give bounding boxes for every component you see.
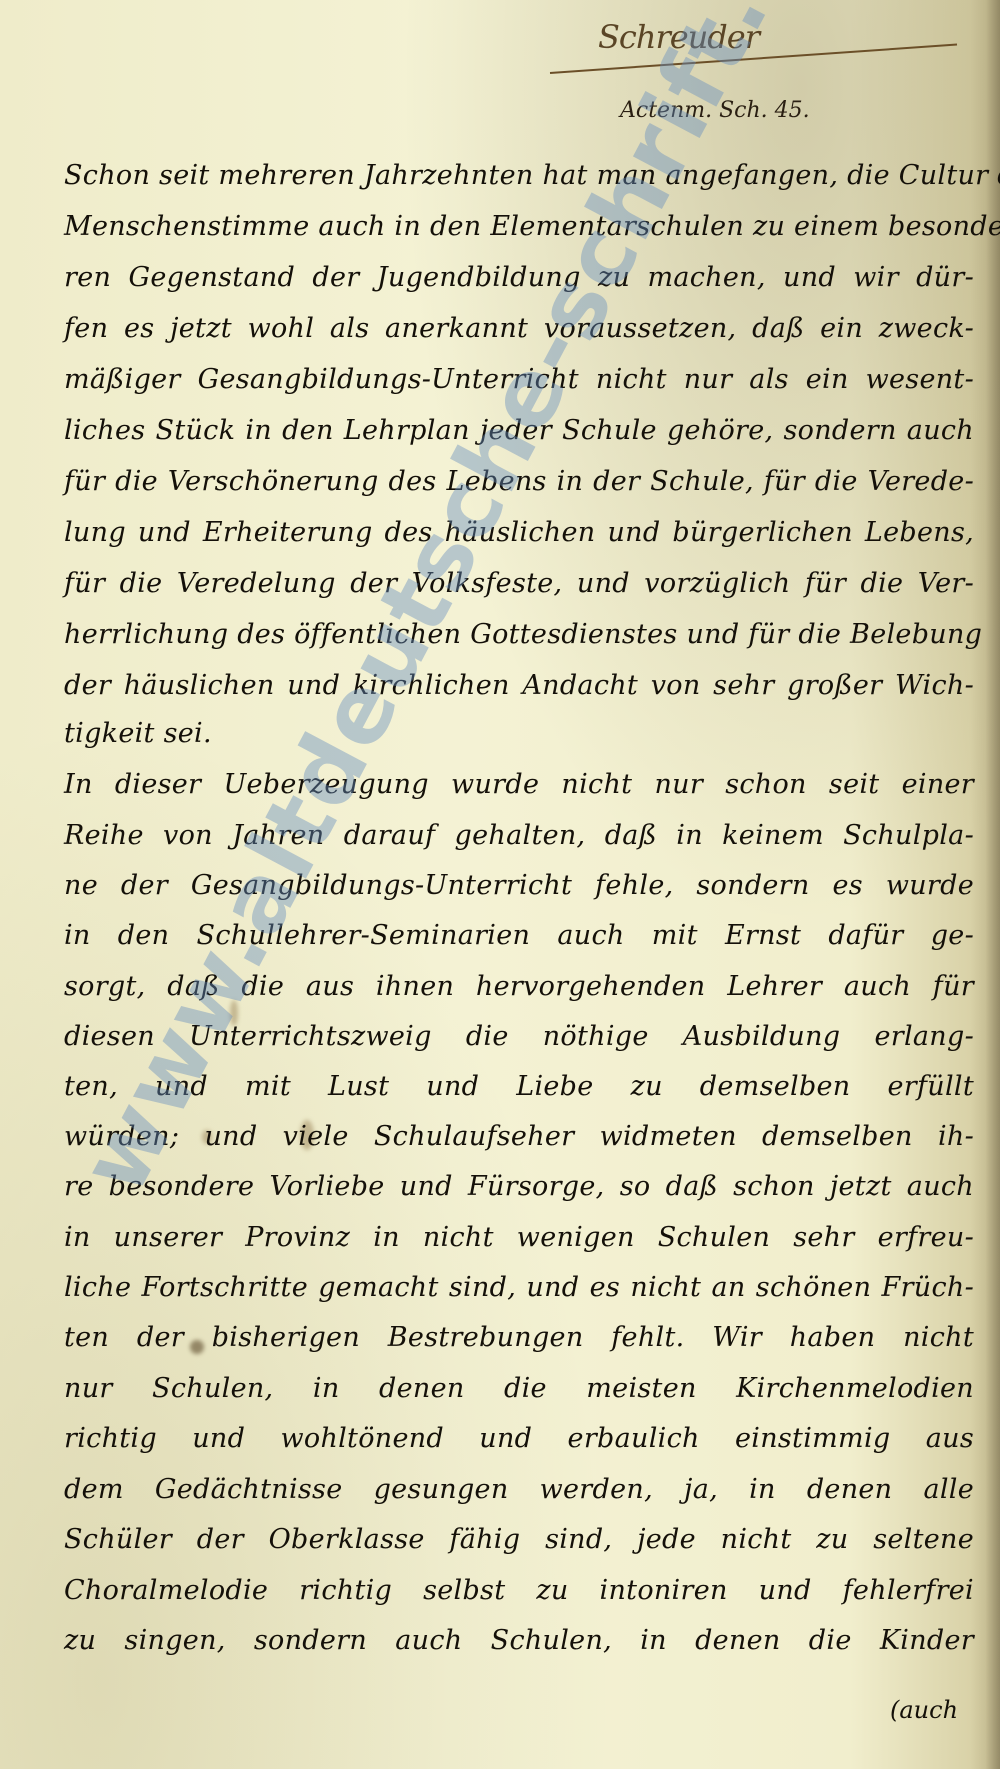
text-line: ten der bisherigen Bestrebungen fehlt. W… — [64, 1322, 974, 1353]
text-line: dem Gedächtnisse gesungen werden, ja, in… — [64, 1474, 974, 1505]
text-line: herrlichung des öffentlichen Gottesdiens… — [64, 619, 974, 650]
text-line: nur Schulen, in denen die meisten Kirche… — [64, 1373, 974, 1404]
text-line: ren Gegenstand der Jugendbildung zu mach… — [64, 262, 974, 293]
text-line: Schüler der Oberklasse fähig sind, jede … — [64, 1524, 974, 1555]
text-line: würden; und viele Schulaufseher widmeten… — [64, 1121, 974, 1152]
text-line: tigkeit sei. — [64, 718, 974, 749]
text-line: re besondere Vorliebe und Fürsorge, so d… — [64, 1171, 974, 1202]
text-line: richtig und wohltönend und erbaulich ein… — [64, 1423, 974, 1454]
text-line: in unserer Provinz in nicht wenigen Schu… — [64, 1222, 974, 1253]
manuscript-body: Schon seit mehreren Jahrzehnten hat man … — [0, 0, 1000, 1769]
text-line: Schon seit mehreren Jahrzehnten hat man … — [64, 160, 974, 191]
text-line: Reihe von Jahren darauf gehalten, daß in… — [64, 820, 974, 851]
text-line: In dieser Ueberzeugung wurde nicht nur s… — [64, 769, 974, 800]
text-line: Choralmelodie richtig selbst zu intonire… — [64, 1575, 974, 1606]
text-line: der häuslichen und kirchlichen Andacht v… — [64, 670, 974, 701]
catchword: (auch — [890, 1696, 958, 1724]
text-line: liche Fortschritte gemacht sind, und es … — [64, 1272, 974, 1303]
text-line: Menschenstimme auch in den Elementarschu… — [64, 211, 974, 242]
text-line: für die Veredelung der Volksfeste, und v… — [64, 568, 974, 599]
text-line: zu singen, sondern auch Schulen, in dene… — [64, 1625, 974, 1656]
